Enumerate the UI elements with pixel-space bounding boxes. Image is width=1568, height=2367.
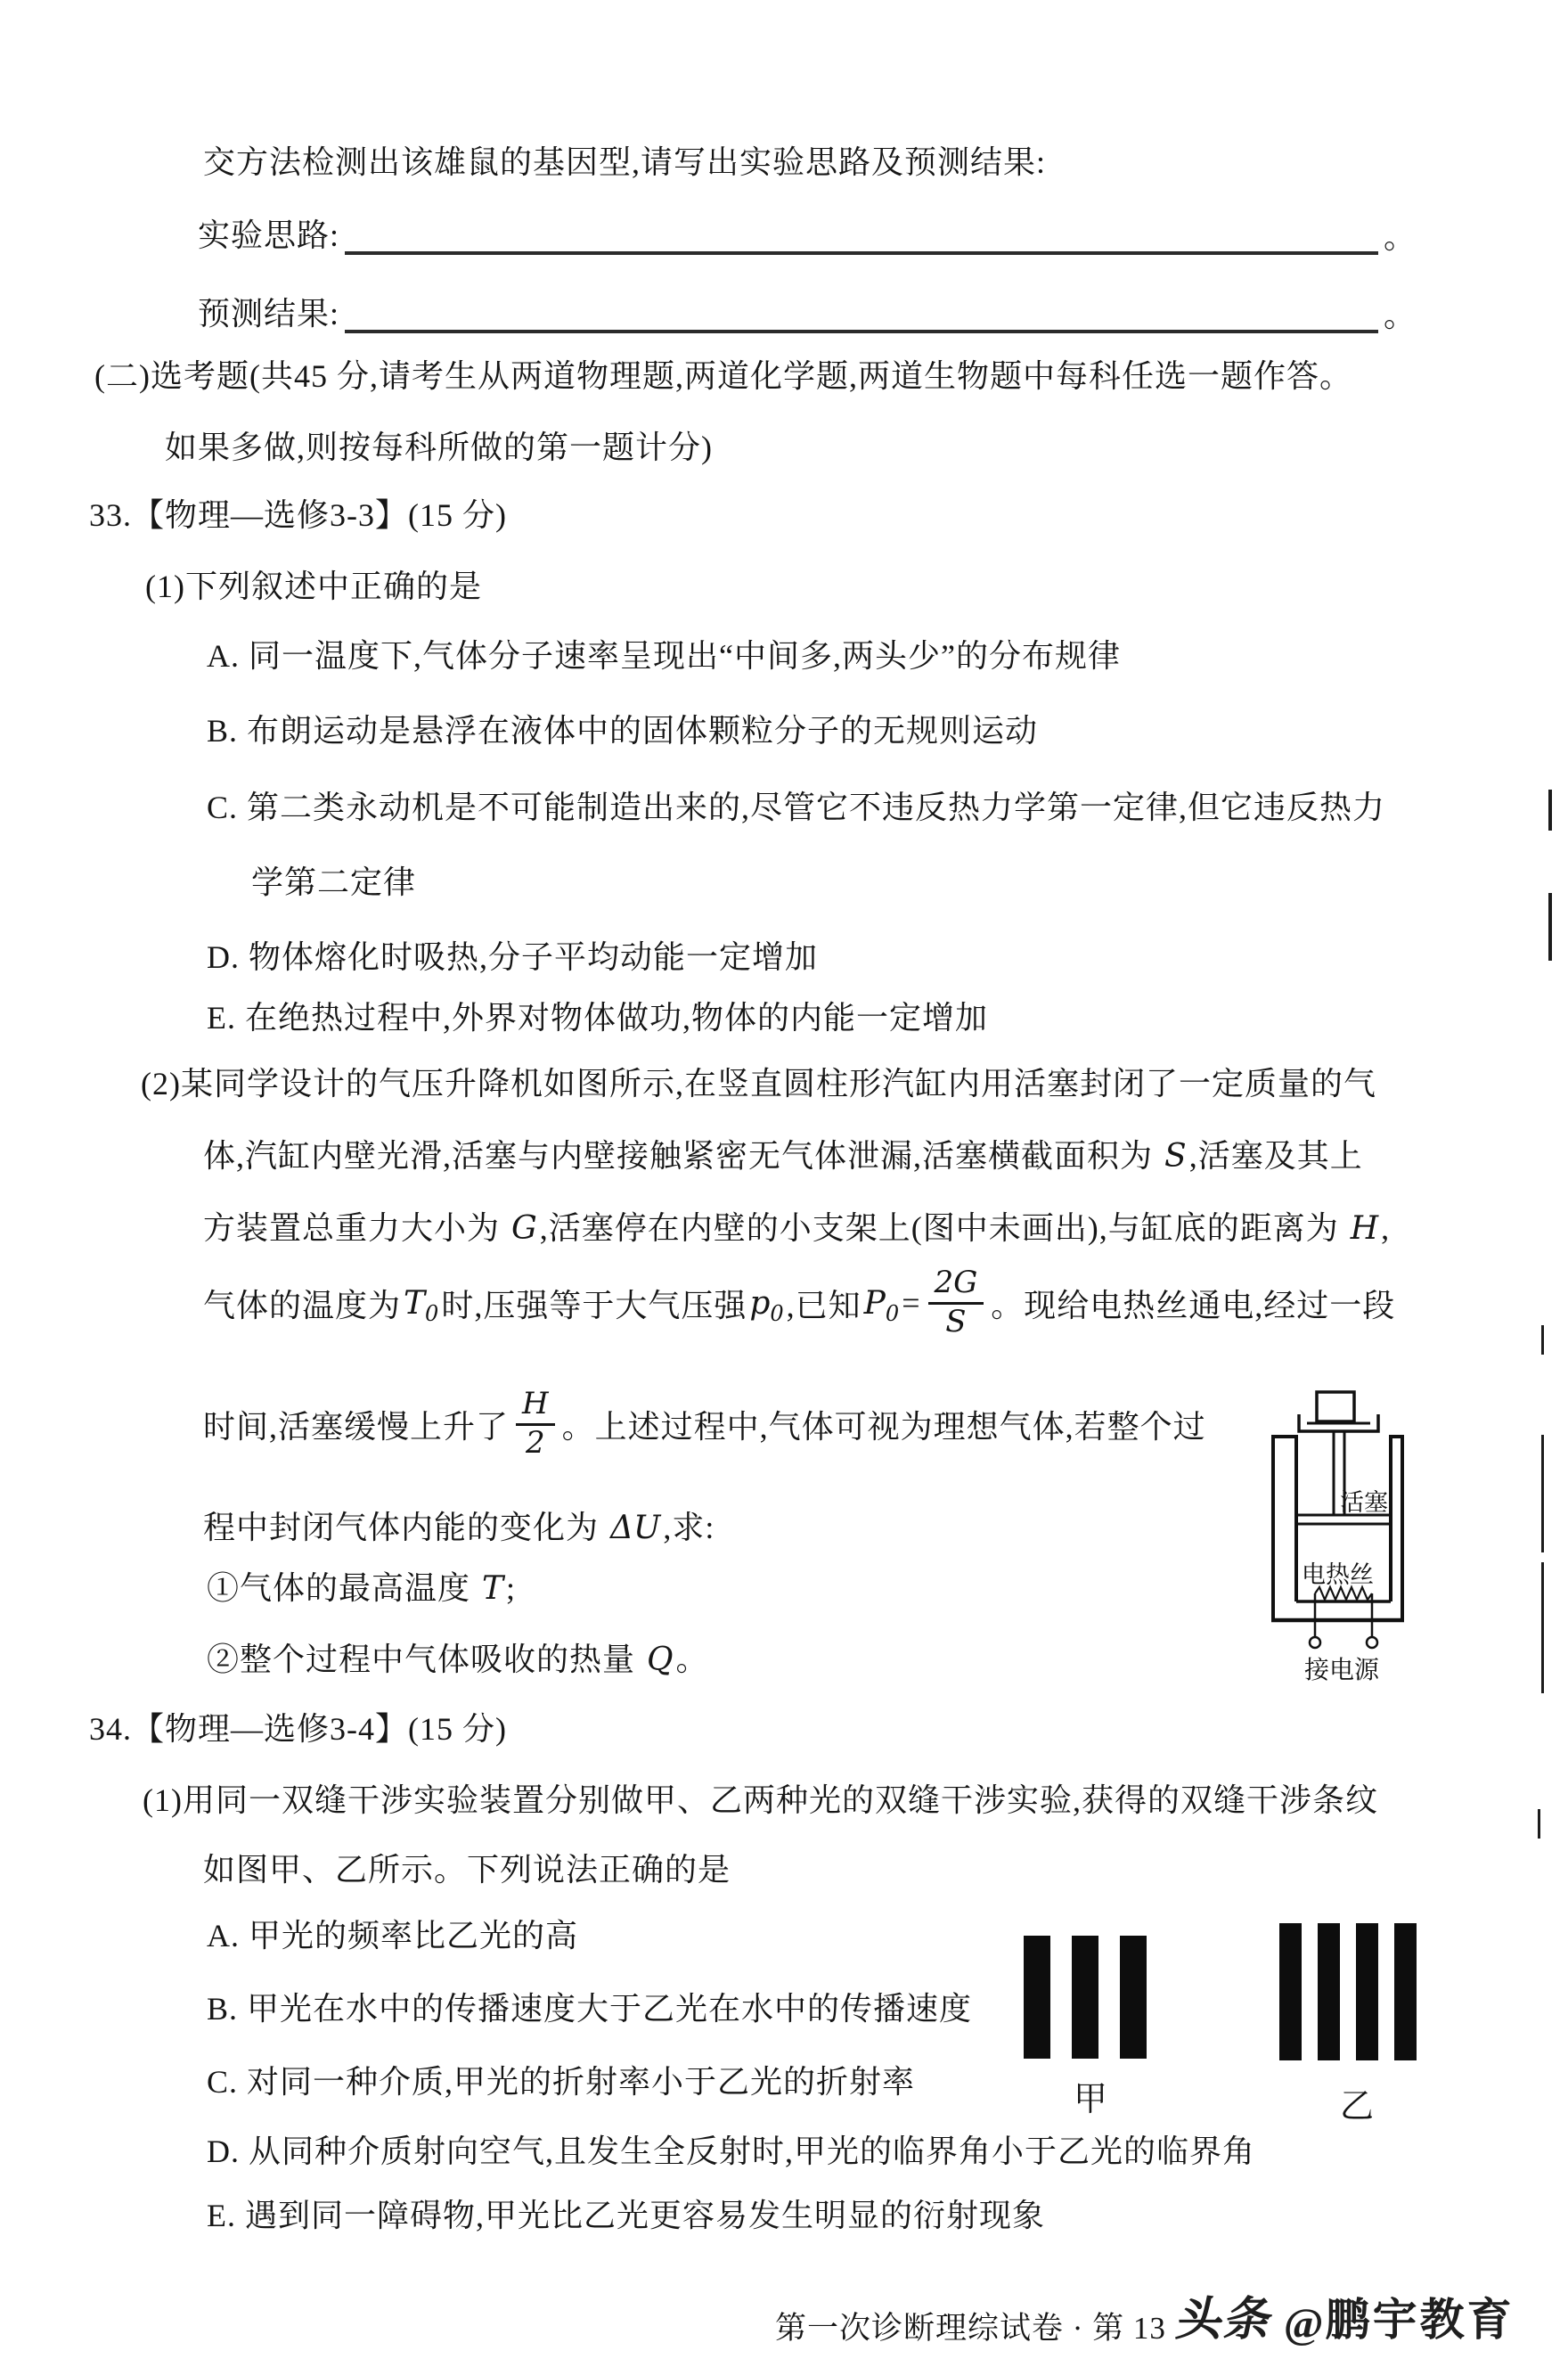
- interference-pattern-jia: [1024, 1936, 1147, 2059]
- pattern-jia-label: 甲: [1074, 2071, 1107, 2120]
- heating-wire-label: 电热丝: [1302, 1561, 1374, 1588]
- piston-plate: [1296, 1515, 1391, 1524]
- interference-bar: [1356, 1923, 1378, 2060]
- var-H: H: [1348, 1210, 1381, 1247]
- q34-stem-line2: 如图甲、乙所示。下列说法正确的是: [203, 1850, 731, 1889]
- equals-sign: =: [902, 1284, 920, 1322]
- q33-part1-stem: (1)下列叙述中正确的是: [145, 567, 482, 606]
- text-segment: ,已知: [787, 1281, 862, 1326]
- q33-part2-line5: 时间,活塞缓慢上升了H2。上述过程中,气体可视为理想气体,若整个过: [203, 1383, 1206, 1465]
- interference-bar: [1279, 1923, 1302, 2060]
- text-segment: ,活塞及其上: [1189, 1138, 1363, 1174]
- scan-artifact-line: [1541, 1325, 1544, 1355]
- q34-option-a: A. 甲光的频率比乙光的高: [207, 1916, 578, 1955]
- text-segment: ,求:: [663, 1510, 715, 1545]
- scan-artifact-line: [1548, 893, 1552, 961]
- text-segment: ②整个过程中气体吸收的热量: [207, 1642, 644, 1677]
- power-terminal-left: [1310, 1637, 1320, 1648]
- page-footer: 第一次诊断理综试卷 · 第 13 头条 @ 鹏宇教育: [775, 2281, 1515, 2348]
- var-G: G: [509, 1210, 540, 1247]
- period-mark: 。: [1384, 219, 1417, 255]
- var-T0: T0: [401, 1285, 441, 1322]
- var-S: S: [1162, 1138, 1189, 1175]
- q33-option-d: D. 物体熔化时吸热,分子平均动能一定增加: [207, 938, 818, 977]
- exam-paper-page: 交方法检测出该雄鼠的基因型,请写出实验思路及预测结果: 实验思路: 。 预测结果…: [0, 0, 1568, 2367]
- answer-row-prediction: 预测结果: 。: [198, 291, 1417, 333]
- text-segment: 。现给电热丝通电,经过一段: [991, 1281, 1395, 1326]
- piston-label: 活塞: [1340, 1489, 1388, 1516]
- section-note-line2: 如果多做,则按每科所做的第一题计分): [165, 428, 713, 467]
- var-Q: Q: [644, 1642, 676, 1678]
- weight-block: [1317, 1392, 1354, 1421]
- prediction-blank-label: 预测结果:: [198, 294, 339, 333]
- pattern-yi-label: 乙: [1340, 2078, 1374, 2127]
- interference-bar: [1120, 1936, 1147, 2059]
- q34-option-d: D. 从同种介质射向空气,且发生全反射时,甲光的临界角小于乙光的临界角: [207, 2132, 1255, 2171]
- q33-option-c-line1: C. 第二类永动机是不可能制造出来的,尽管它不违反热力学第一定律,但它违反热力: [207, 788, 1385, 827]
- text-segment: ,: [1381, 1210, 1390, 1246]
- watermark-brand: 鹏宇教育: [1326, 2284, 1515, 2348]
- var-T: T: [479, 1570, 506, 1607]
- text-segment: 体,汽缸内壁光滑,活塞与内壁接触紧密无气体泄漏,活塞横截面积为: [203, 1138, 1162, 1174]
- intro-line: 交方法检测出该雄鼠的基因型,请写出实验思路及预测结果:: [203, 143, 1046, 182]
- q33-part2-line1: (2)某同学设计的气压升降机如图所示,在竖直圆柱形汽缸内用活塞封闭了一定质量的气: [141, 1064, 1376, 1103]
- scan-artifact-line: [1548, 790, 1552, 831]
- power-terminal-right: [1367, 1637, 1377, 1648]
- text-segment: 。: [676, 1642, 709, 1677]
- scan-artifact-line: [1541, 1435, 1544, 1552]
- q33-option-b: B. 布朗运动是悬浮在液体中的固体颗粒分子的无规则运动: [207, 711, 1038, 750]
- text-segment: 时间,活塞缓慢上升了: [203, 1402, 509, 1447]
- text-segment: ;: [506, 1570, 516, 1606]
- section-note-line1: (二)选考题(共45 分,请考生从两道物理题,两道化学题,两道生物题中每科任选一…: [94, 356, 1352, 396]
- q33-option-a: A. 同一温度下,气体分子速率呈现出“中间多,两头少”的分布规律: [207, 636, 1121, 676]
- text-segment: 。上述过程中,气体可视为理想气体,若整个过: [562, 1402, 1206, 1447]
- heating-wire-icon: [1315, 1587, 1372, 1600]
- text-segment: 时,压强等于大气压强: [441, 1281, 747, 1326]
- fraction-2G-over-S: 2GS: [928, 1267, 984, 1338]
- q33-option-c-line2: 学第二定律: [251, 863, 416, 902]
- q34-option-b: B. 甲光在水中的传播速度大于乙光在水中的传播速度: [207, 1989, 972, 2028]
- experiment-blank-label: 实验思路:: [198, 216, 339, 255]
- text-segment: 方装置总重力大小为: [203, 1210, 509, 1246]
- q33-part2-line3: 方装置总重力大小为 G,活塞停在内壁的小支架上(图中未画出),与缸底的距离为 H…: [203, 1208, 1390, 1249]
- q33-subquestion-1: ①气体的最高温度 T;: [207, 1568, 516, 1609]
- watermark: 头条 @ 鹏宇教育: [1179, 2281, 1515, 2348]
- interference-pattern-yi: [1279, 1923, 1417, 2060]
- text-segment: 程中封闭气体内能的变化为: [203, 1510, 608, 1545]
- var-deltaU: ΔU: [608, 1510, 663, 1546]
- q33-option-e: E. 在绝热过程中,外界对物体做功,物体的内能一定增加: [207, 998, 988, 1037]
- q33-title: 33.【物理—选修3-3】(15 分): [89, 496, 507, 535]
- scan-artifact-line: [1541, 1562, 1544, 1693]
- q33-part2-line4: 气体的温度为 T0 时,压强等于大气压强 p0,已知 P0 = 2GS。现给电热…: [203, 1262, 1395, 1344]
- text-segment: ,活塞停在内壁的小支架上(图中未画出),与缸底的距离为: [540, 1210, 1348, 1246]
- q34-stem-line1: (1)用同一双缝干涉实验装置分别做甲、乙两种光的双缝干涉实验,获得的双缝干涉条纹: [143, 1781, 1378, 1820]
- q33-part2-line6: 程中封闭气体内能的变化为 ΔU,求:: [203, 1508, 715, 1548]
- period-mark: 。: [1384, 298, 1417, 333]
- watermark-toutiao: 头条: [1172, 2281, 1282, 2348]
- var-p0: p0: [747, 1285, 786, 1322]
- q34-option-c: C. 对同一种介质,甲光的折射率小于乙光的折射率: [207, 2062, 915, 2101]
- var-P0: P0: [862, 1285, 902, 1322]
- experiment-answer-blank: [345, 209, 1378, 255]
- fraction-H-over-2: H2: [516, 1388, 555, 1459]
- at-icon: @: [1284, 2299, 1324, 2348]
- footer-title-page-number: 第一次诊断理综试卷 · 第 13: [775, 2304, 1166, 2348]
- q33-part2-line2: 体,汽缸内壁光滑,活塞与内壁接触紧密无气体泄漏,活塞横截面积为 S,活塞及其上: [203, 1136, 1363, 1176]
- cylinder-figure: 活塞 电热丝 接电源: [1247, 1377, 1555, 1698]
- text-segment: 气体的温度为: [203, 1281, 401, 1326]
- interference-bar: [1024, 1936, 1050, 2059]
- interference-bar: [1318, 1923, 1340, 2060]
- interference-bar: [1394, 1923, 1417, 2060]
- answer-row-experiment: 实验思路: 。: [198, 212, 1417, 255]
- q34-option-e: E. 遇到同一障碍物,甲光比乙光更容易发生明显的衍射现象: [207, 2196, 1045, 2235]
- prediction-answer-blank: [345, 287, 1378, 333]
- scan-artifact-line: [1538, 1809, 1540, 1839]
- interference-bar: [1072, 1936, 1098, 2059]
- text-segment: ①气体的最高温度: [207, 1570, 479, 1606]
- power-source-label: 接电源: [1304, 1656, 1380, 1684]
- q33-subquestion-2: ②整个过程中气体吸收的热量 Q。: [207, 1640, 709, 1680]
- q34-title: 34.【物理—选修3-4】(15 分): [89, 1709, 507, 1749]
